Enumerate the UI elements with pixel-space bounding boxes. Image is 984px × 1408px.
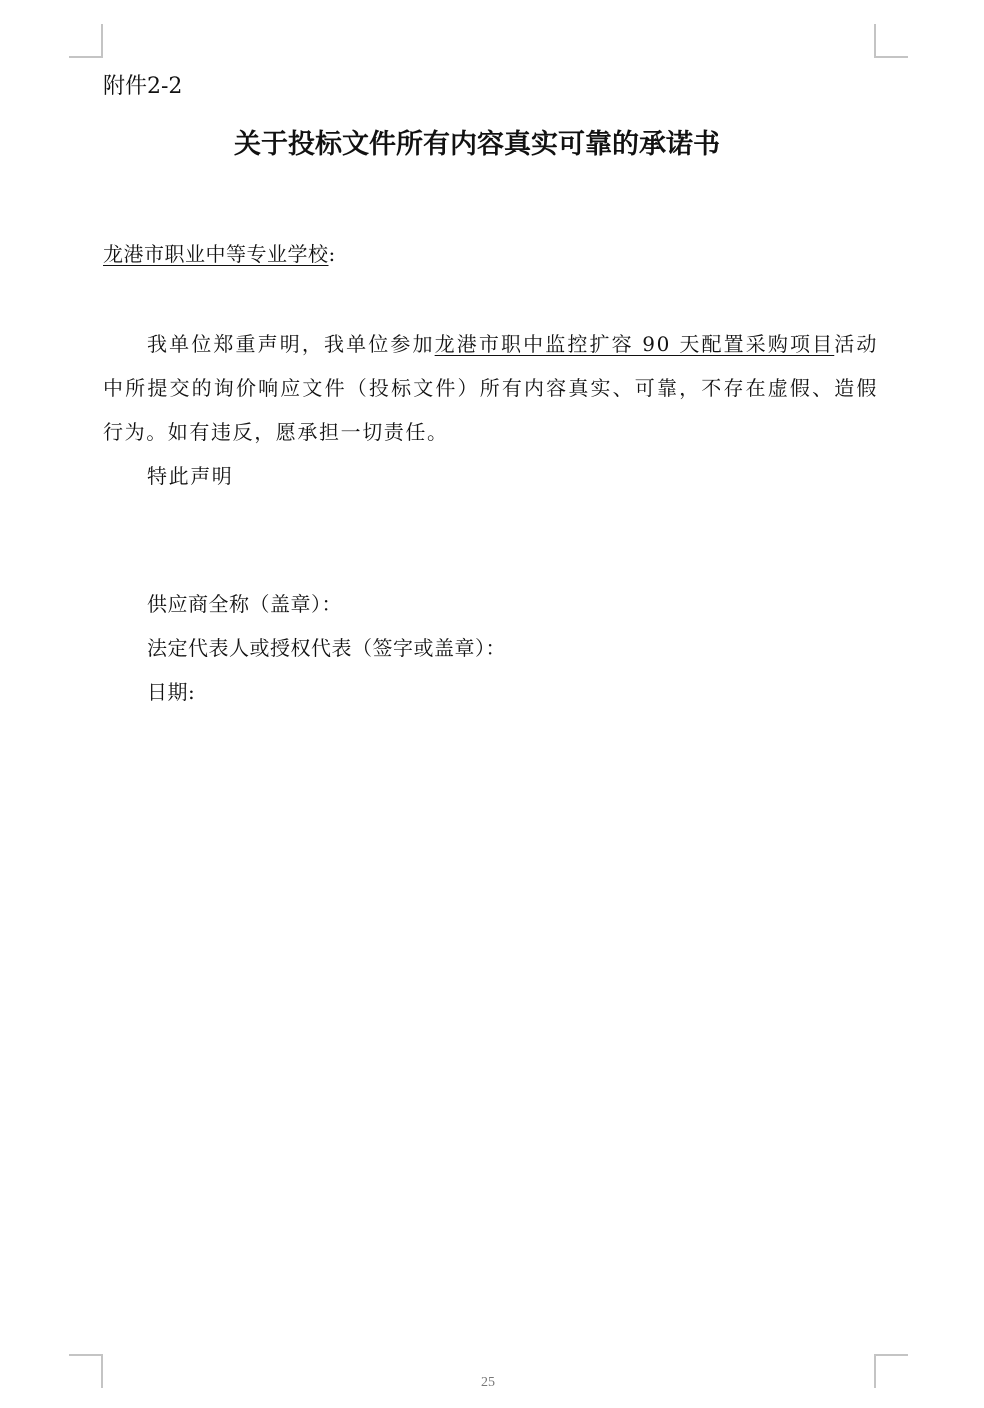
crop-mark-top-right-horizontal — [874, 56, 908, 58]
supplier-name-label: 供应商全称（盖章）： — [147, 582, 506, 626]
attachment-label: 附件2-2 — [103, 72, 182, 102]
crop-mark-top-left-horizontal — [69, 56, 103, 58]
addressee-colon: : — [329, 242, 336, 266]
addressee-name: 龙港市职业中等专业学校 — [103, 242, 329, 266]
crop-mark-bottom-left-horizontal — [69, 1354, 103, 1356]
document-title: 关于投标文件所有内容真实可靠的承诺书 — [0, 127, 984, 163]
page-number: 25 — [0, 1375, 976, 1391]
crop-mark-top-left-vertical — [101, 24, 103, 58]
addressee: 龙港市职业中等专业学校: — [103, 239, 336, 269]
declaration-paragraph: 我单位郑重声明，我单位参加龙港市职中监控扩容 90 天配置采购项目活动中所提交的… — [103, 322, 878, 454]
representative-label: 法定代表人或授权代表（签字或盖章）： — [147, 626, 506, 670]
crop-mark-bottom-right-horizontal — [874, 1354, 908, 1356]
crop-mark-top-right-vertical — [874, 24, 876, 58]
signature-block: 供应商全称（盖章）： 法定代表人或授权代表（签字或盖章）： 日期: — [147, 582, 506, 714]
declaration-part1: 我单位郑重声明，我单位参加 — [147, 332, 435, 356]
date-label: 日期: — [147, 670, 506, 714]
declaration-body: 我单位郑重声明，我单位参加龙港市职中监控扩容 90 天配置采购项目活动中所提交的… — [103, 322, 878, 498]
closing-statement: 特此声明 — [103, 454, 878, 498]
project-name: 龙港市职中监控扩容 90 天配置采购项目 — [435, 332, 835, 356]
